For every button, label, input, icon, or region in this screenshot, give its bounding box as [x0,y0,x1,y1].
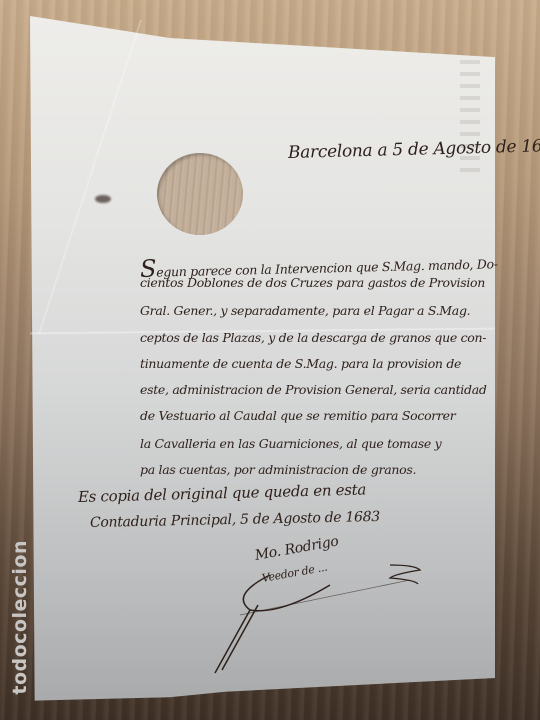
body-line-3: Gral. Gener., y separadamente, para el P… [140,303,470,318]
paper-hole [157,153,243,235]
body-line-8: la Cavalleria en las Guarniciones, al qu… [140,436,441,451]
body-line-9: pa las cuentas, por administracion de gr… [140,462,416,477]
body-line-2: cientos Doblones de dos Cruzes para gast… [140,275,485,290]
body-line-7: de Vestuario al Caudal que se remitio pa… [140,408,455,423]
body-line-5: tinuamente de cuenta de S.Mag. para la p… [140,356,461,371]
signature-flourish-icon [210,555,460,675]
faint-margin-notes [460,60,480,180]
ink-blot [95,195,111,203]
watermark-text: todocoleccion [9,540,31,695]
body-line-4: ceptos de las Plazas, y de la descarga d… [140,330,486,345]
body-line-6: este, administracion de Provision Genera… [140,382,487,397]
